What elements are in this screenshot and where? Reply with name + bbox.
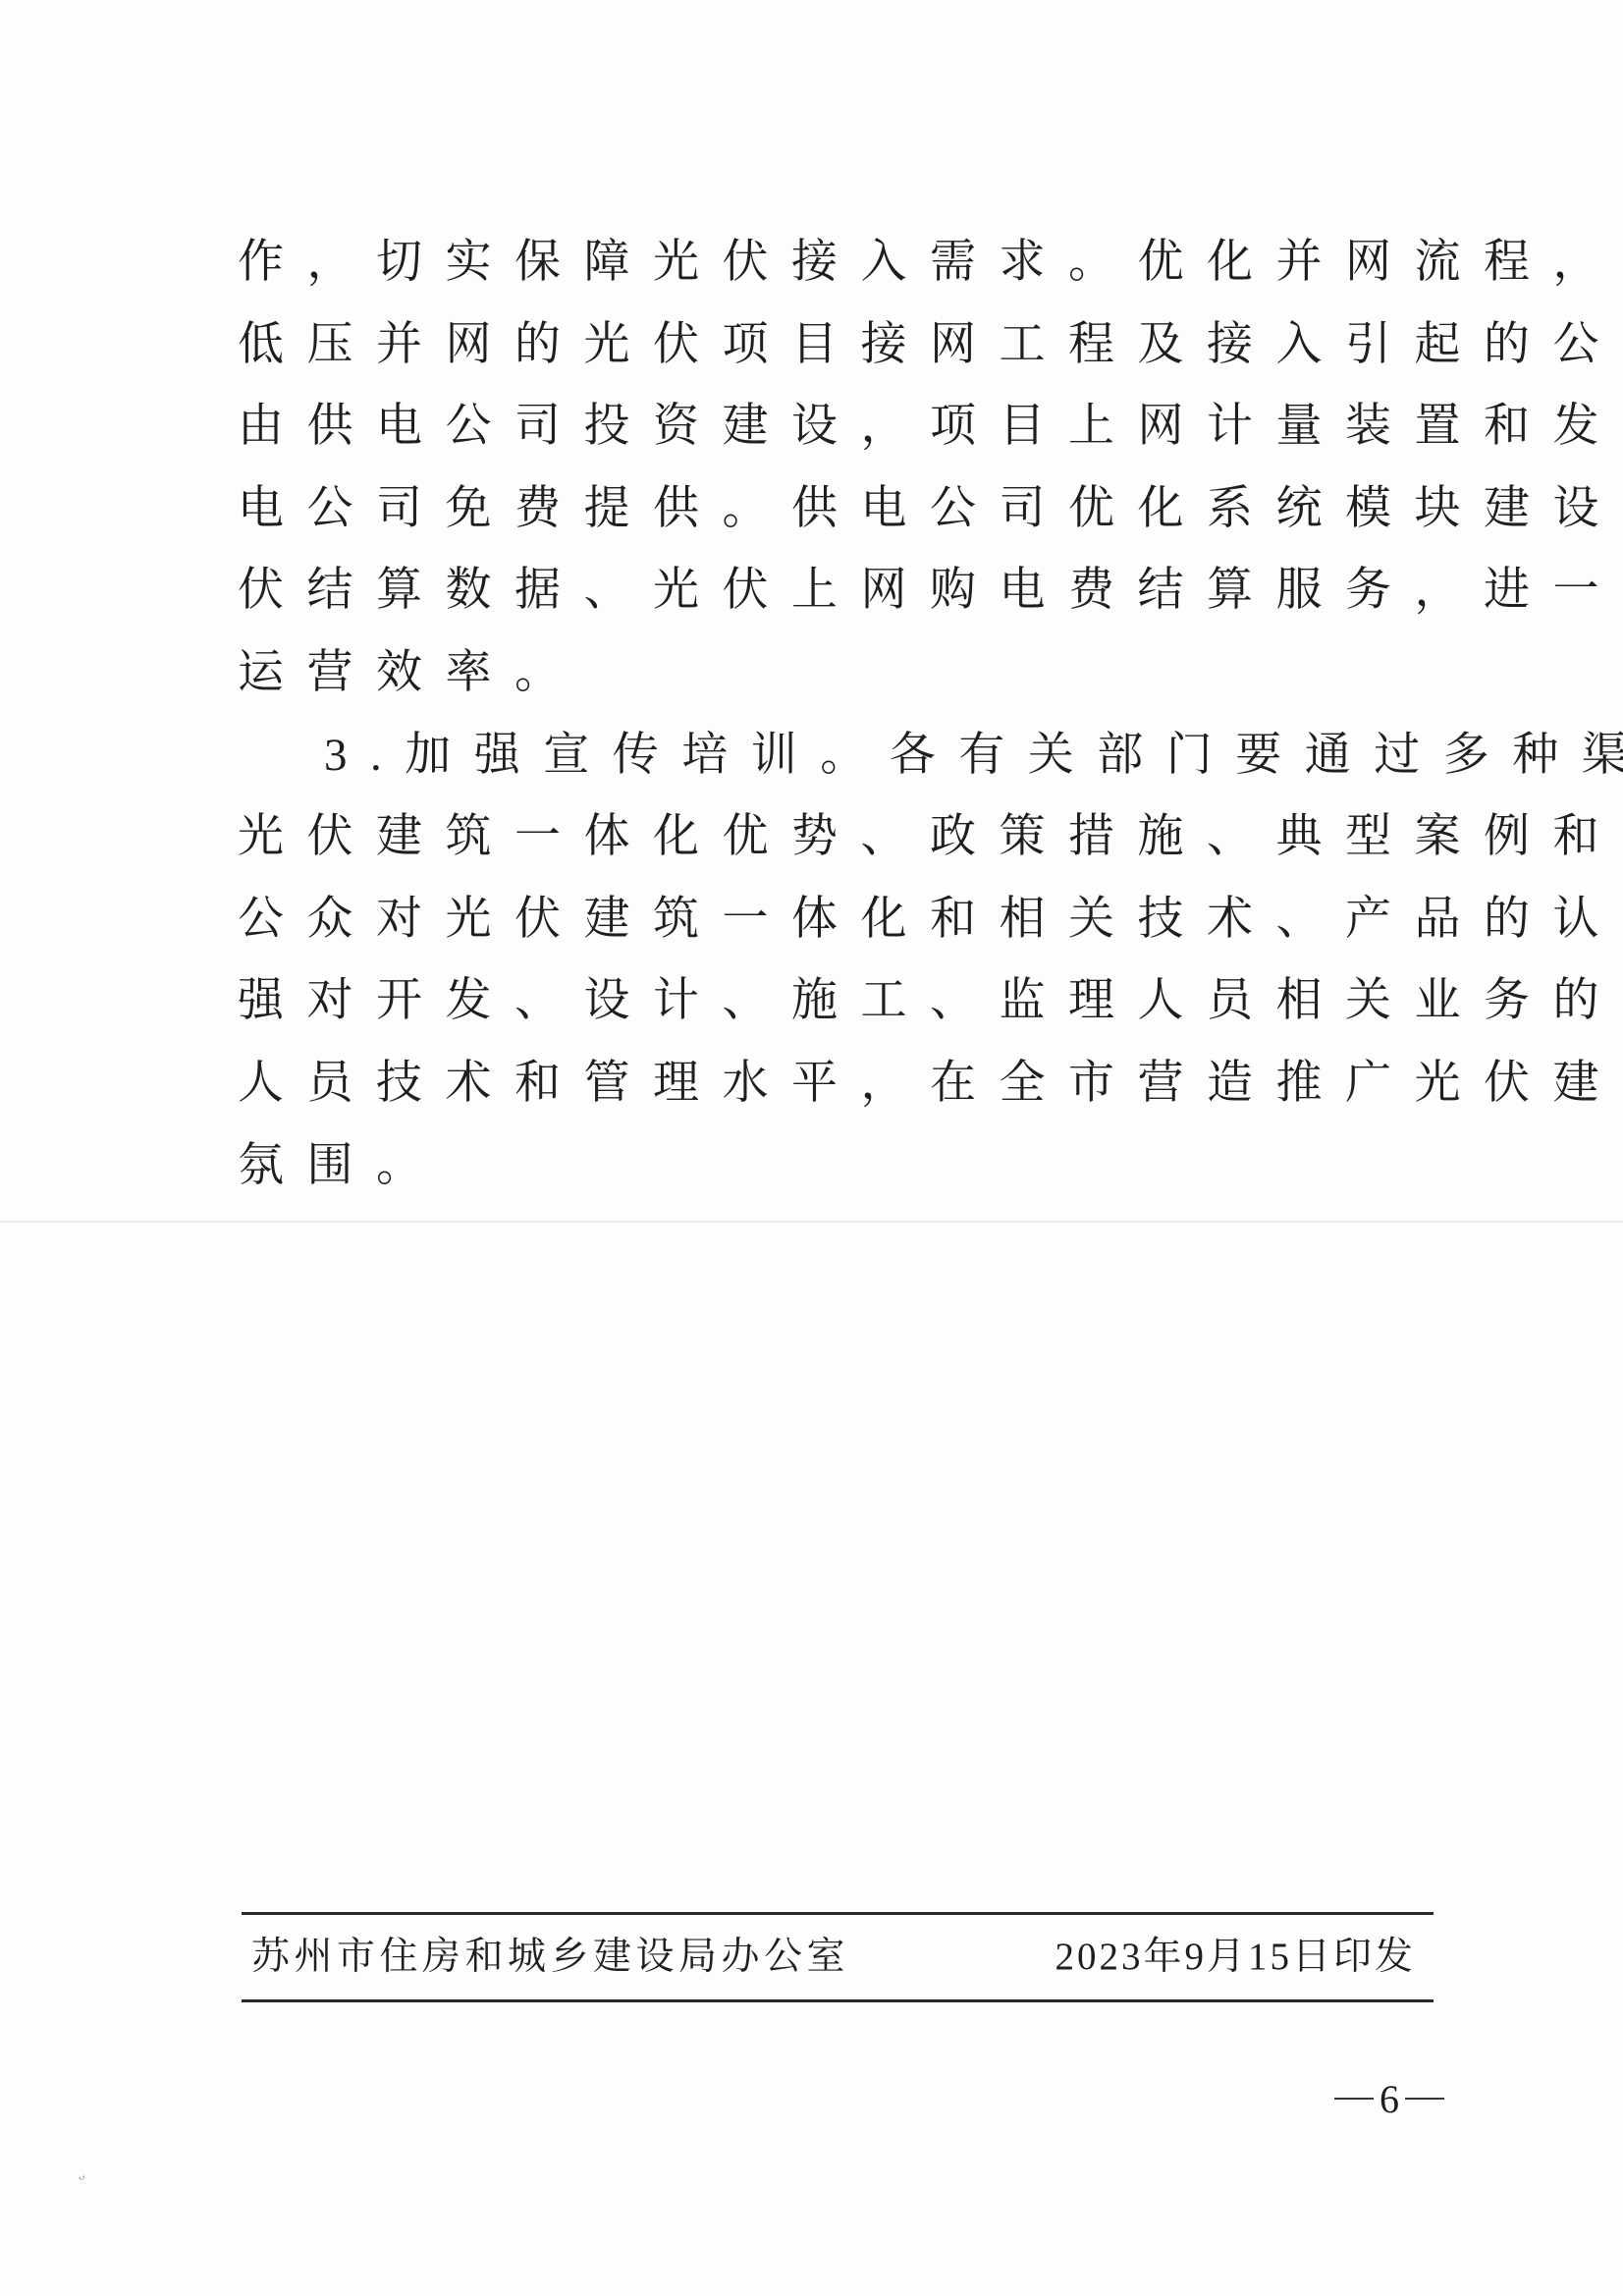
body-text: 作，切实保障光伏接入需求。优化并网流程，提升服务效率。 低压并网的光伏项目接网工… <box>238 222 1455 1207</box>
paragraph-line: 电公司免费提供。供电公司优化系统模块建设，为用户提供光 <box>238 468 1455 551</box>
footer-bottom-rule <box>242 1999 1434 2002</box>
page-number: 6 <box>1325 2074 1453 2123</box>
paragraph-line: 低压并网的光伏项目接网工程及接入引起的公共电网改造部分 <box>238 304 1455 387</box>
paragraph-line: 人员技术和管理水平，在全市营造推广光伏建筑一体化的良好 <box>238 1043 1455 1125</box>
scan-fold-divider <box>0 1221 1623 1223</box>
paragraph-line: 公众对光伏建筑一体化和相关技术、产品的认知和接受度。加 <box>238 879 1455 961</box>
paragraph-line: 伏结算数据、光伏上网购电费结算服务，进一步提升光伏项目 <box>238 550 1455 632</box>
paragraph-line: 氛围。 <box>238 1125 1455 1208</box>
dash-left <box>1334 2098 1374 2100</box>
footer-top-rule <box>242 1912 1434 1915</box>
dash-right <box>1405 2098 1444 2100</box>
paragraph-line: 运营效率。 <box>238 632 1455 715</box>
paragraph-line: 强对开发、设计、施工、监理人员相关业务的培训，提高从业 <box>238 960 1455 1043</box>
paragraph-line: 光伏建筑一体化优势、政策措施、典型案例和先进经验，增强 <box>238 796 1455 879</box>
paragraph-line: 作，切实保障光伏接入需求。优化并网流程，提升服务效率。 <box>238 222 1455 304</box>
issue-date: 2023年9月15日印发 <box>1055 1930 1416 1985</box>
issuer-name: 苏州市住房和城乡建设局办公室 <box>251 1930 849 1985</box>
scan-artifact-mark: ᴗ <box>76 2161 107 2180</box>
section-heading-line: 3.加强宣传培训。各有关部门要通过多种渠道，积极宣传 <box>238 715 1455 797</box>
page-number-value: 6 <box>1380 2076 1399 2122</box>
document-footer: 苏州市住房和城乡建设局办公室 2023年9月15日印发 <box>242 1912 1434 2002</box>
document-page: 作，切实保障光伏接入需求。优化并网流程，提升服务效率。 低压并网的光伏项目接网工… <box>0 0 1623 2296</box>
paragraph-line: 由供电公司投资建设，项目上网计量装置和发电计量装置由供 <box>238 386 1455 468</box>
